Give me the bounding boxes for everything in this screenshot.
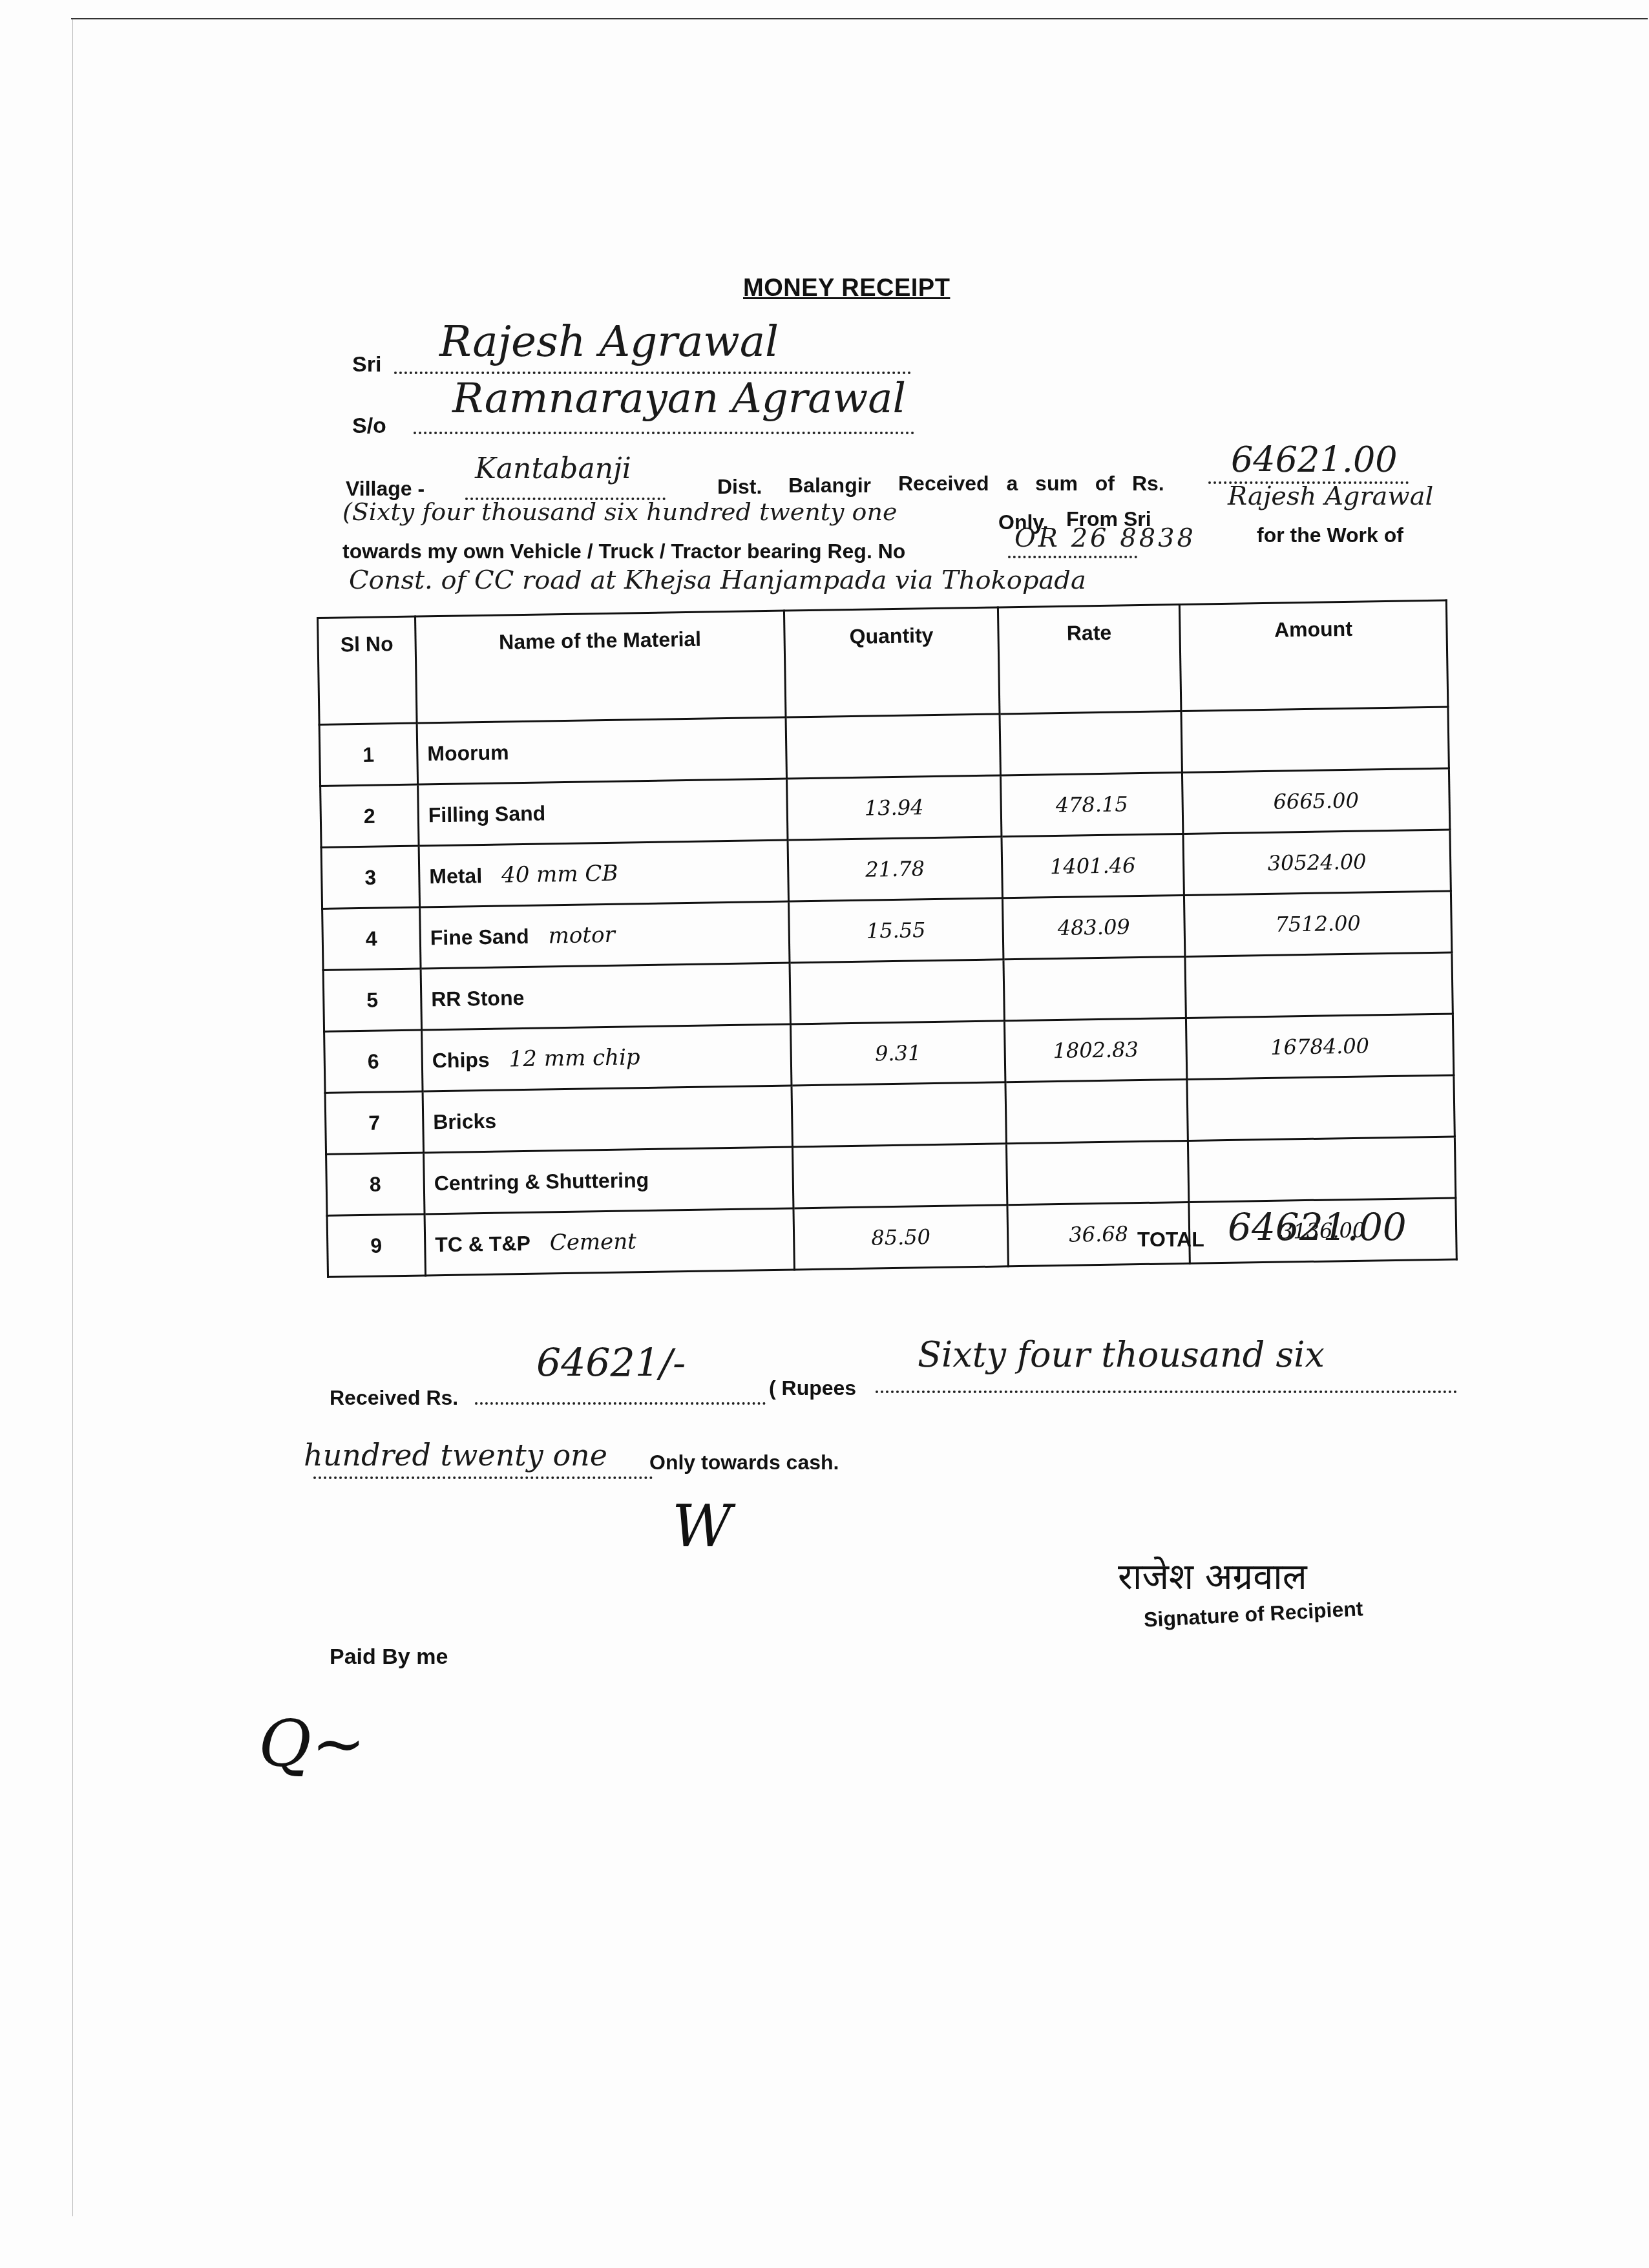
material-note: 12 mm chip [509,1044,640,1072]
material-note [668,1167,669,1193]
sri-dotted-line [394,372,911,374]
sl-cell: 7 [325,1091,423,1154]
paid-by-label: Paid By me [330,1644,448,1670]
rupees-label: ( Rupees [769,1376,856,1400]
materials-table: Sl No Name of the Material Quantity Rate… [317,600,1458,1278]
material-name: Filling Sand [428,801,546,826]
received-sum-label: Received a sum of Rs. [898,472,1164,496]
top-border-rule [71,18,1648,19]
left-page-edge [72,19,73,2216]
material-cell: Fine Sandmotor [420,901,790,969]
page-title: MONEY RECEIPT [743,275,950,302]
material-cell: Metal40 mm CB [419,840,788,907]
amount-cell [1185,952,1453,1018]
material-cell: RR Stone [421,963,790,1030]
quantity-cell: 21.78 [788,837,1002,901]
material-note [528,739,529,765]
recipient-signature-label: Signature of Recipient [1143,1597,1363,1632]
material-name: Bricks [433,1109,496,1134]
received-words-line1: Sixty four thousand six [918,1334,1325,1375]
sl-cell: 9 [327,1214,425,1277]
sl-cell: 2 [320,784,419,847]
rate-cell: 1802.83 [1004,1018,1186,1082]
material-name: Chips [432,1048,490,1072]
col-header-amount: Amount [1179,600,1448,711]
rate-cell [1006,1140,1188,1204]
quantity-cell [792,1082,1006,1147]
rate-cell [1003,956,1186,1020]
material-cell: Bricks [423,1086,792,1153]
material-cell: TC & T&PCement [425,1208,794,1276]
received-rs-label: Received Rs. [330,1386,458,1410]
so-value: Ramnarayan Agrawal [452,375,906,423]
sl-cell: 6 [324,1030,423,1093]
material-name: Fine Sand [430,925,529,949]
quantity-cell: 15.55 [789,898,1003,963]
material-cell: Centring & Shuttering [424,1147,793,1214]
material-note [565,800,565,826]
material-note: motor [548,922,615,949]
words-dotted-line [313,1476,653,1479]
rate-cell [1005,1079,1188,1143]
sl-cell: 8 [326,1153,425,1215]
reg-no: OR 26 8838 [1014,523,1196,553]
material-name: RR Stone [431,986,525,1011]
quantity-cell: 13.94 [787,775,1002,840]
sl-cell: 3 [321,846,419,908]
rate-cell [1000,711,1182,775]
total-label: TOTAL [1137,1228,1204,1252]
sum-value: 64621.00 [1231,439,1398,480]
material-note: 40 mm CB [501,861,618,888]
village-value: Kantabanji [475,452,631,485]
amount-cell: 30524.00 [1183,830,1451,895]
material-name: Moorum [427,740,509,765]
from-sri-value: Rajesh Agrawal [1228,481,1433,511]
so-label: S/o [352,414,386,439]
received-words-line2: hundred twenty one [304,1438,607,1473]
sl-cell: 4 [322,907,421,970]
only-towards-cash: Only towards cash. [649,1451,839,1475]
work-value: Const. of CC road at Khejsa Hanjampada v… [349,565,1086,595]
rate-cell: 478.15 [1000,772,1182,836]
material-note [516,1108,516,1133]
material-cell: Moorum [417,717,786,784]
sl-cell: 1 [319,723,417,786]
rate-cell: 483.09 [1002,895,1184,959]
material-name: Metal [429,864,482,888]
material-note [543,985,544,1011]
table-header-row: Sl No Name of the Material Quantity Rate… [318,600,1448,724]
col-header-sl: Sl No [318,616,417,724]
amount-cell: 16784.00 [1186,1014,1453,1079]
dist-value: Balangir [788,474,871,498]
initial-mark: W [672,1493,732,1560]
received-dotted-line [475,1402,766,1405]
quantity-cell: 85.50 [793,1205,1008,1270]
quantity-cell: 9.31 [790,1021,1005,1086]
material-note: Cement [549,1228,636,1255]
receipt-page: MONEY RECEIPT Sri Rajesh Agrawal S/o Ram… [0,0,1649,2268]
vehicle-text: towards my own Vehicle / Truck / Tractor… [342,540,905,563]
material-cell: Filling Sand [418,779,788,846]
quantity-cell [790,960,1004,1024]
col-header-quantity: Quantity [784,607,1000,717]
col-header-rate: Rate [998,605,1181,714]
so-dotted-line [414,432,914,434]
amount-cell [1187,1075,1455,1140]
reg-dotted-line [1008,556,1137,558]
rate-cell: 1401.46 [1002,834,1184,898]
amount-cell [1181,707,1449,772]
material-name: TC & T&P [435,1232,530,1256]
recipient-signature: राजेश अग्रवाल [1118,1551,1307,1600]
amount-cell: 7512.00 [1184,891,1451,956]
work-label: for the Work of [1257,523,1403,547]
col-header-material: Name of the Material [415,611,786,723]
total-value: 64621.00 [1228,1205,1407,1249]
material-cell: Chips12 mm chip [422,1024,792,1091]
sl-cell: 5 [323,969,421,1031]
rupees-dotted-line [876,1391,1457,1393]
amount-cell [1188,1137,1455,1202]
quantity-cell [786,714,1000,779]
sum-in-words: (Sixty four thousand six hundred twenty … [342,498,897,526]
quantity-cell [792,1144,1007,1208]
amount-cell: 6665.00 [1182,768,1449,834]
sri-value: Rajesh Agrawal [439,317,779,366]
received-amount: 64621/- [536,1341,686,1386]
material-name: Centring & Shuttering [434,1168,649,1195]
payer-signature: Q~ [258,1706,366,1781]
sri-label: Sri [352,352,381,377]
dist-label: Dist. [717,475,762,499]
